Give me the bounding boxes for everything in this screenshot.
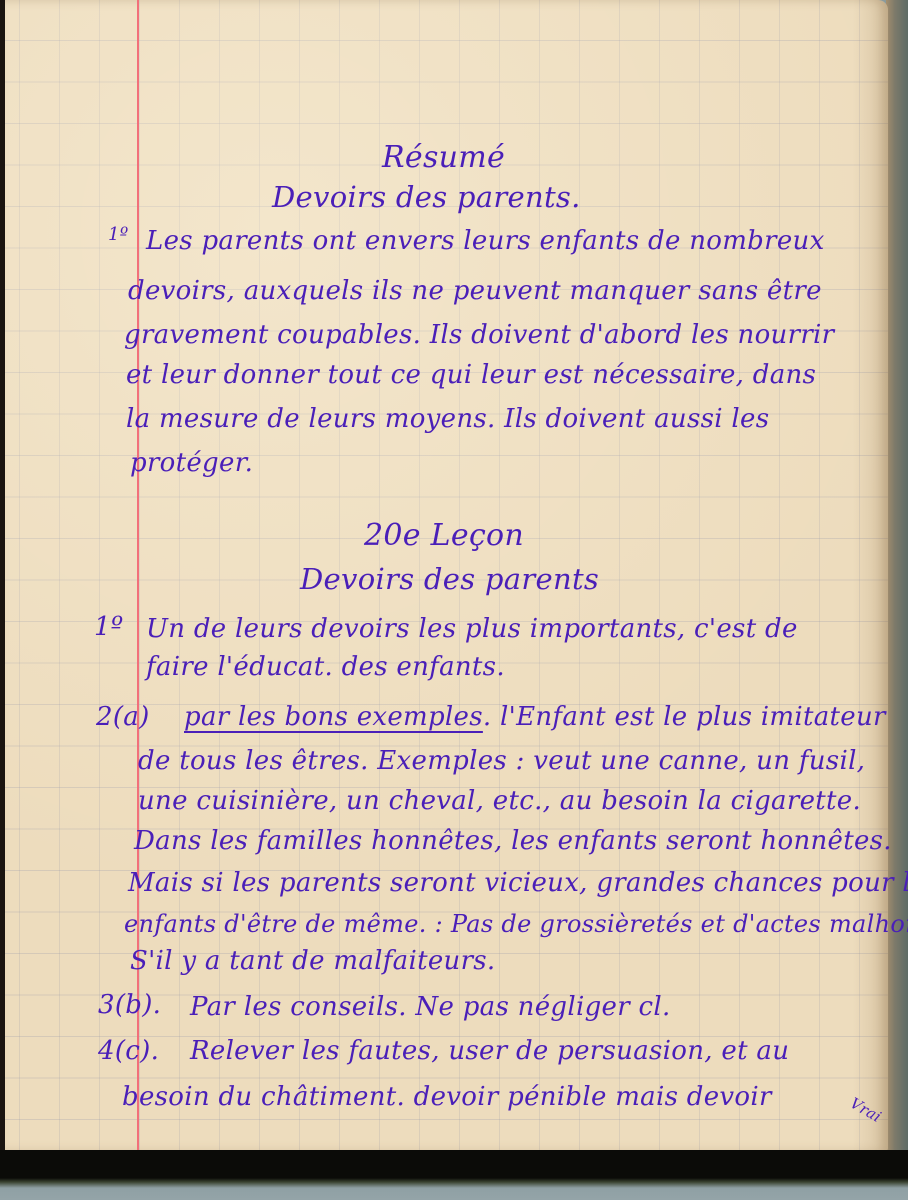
margin-line xyxy=(137,0,139,1152)
lesson-underlined-lead: par les bons exemples xyxy=(184,702,483,732)
summary-line: gravement coupables. Ils doivent d'abord… xyxy=(124,320,834,350)
notebook-page: Résumé Devoirs des parents. 1º Les paren… xyxy=(4,0,888,1152)
lesson-item-number: 4(c). xyxy=(98,1036,159,1066)
lesson-item-number: 2(a) xyxy=(96,702,150,732)
notebook-edge xyxy=(886,0,908,1160)
lesson-line: besoin du châtiment. devoir pénible mais… xyxy=(122,1082,772,1112)
lesson-line-lead: par les bons exemples. l'Enfant est le p… xyxy=(184,702,886,732)
summary-item-number: 1º xyxy=(108,224,129,245)
lesson-line: Dans les familles honnêtes, les enfants … xyxy=(134,826,892,856)
lesson-line: S'il y a tant de malfaiteurs. xyxy=(130,946,496,976)
summary-heading: Devoirs des parents. xyxy=(272,180,581,214)
lesson-line: une cuisinière, un cheval, etc., au beso… xyxy=(138,786,861,816)
lesson-item-number: 1º xyxy=(94,612,123,642)
margin-note: Vrai xyxy=(847,1094,885,1126)
lesson-line: Relever les fautes, user de persuasion, … xyxy=(190,1036,789,1066)
summary-line: Les parents ont envers leurs enfants de … xyxy=(146,226,825,256)
summary-line: protéger. xyxy=(130,448,253,478)
lesson-line: . l'Enfant est le plus imitateur xyxy=(483,702,886,732)
lesson-line: de tous les êtres. Exemples : veut une c… xyxy=(138,746,865,776)
scan-background xyxy=(0,1150,908,1200)
lesson-line: Mais si les parents seront vicieux, gran… xyxy=(128,868,908,898)
lesson-heading: Devoirs des parents xyxy=(300,562,599,596)
lesson-line: faire l'éducat. des enfants. xyxy=(146,652,505,682)
summary-line: devoirs, auxquels ils ne peuvent manquer… xyxy=(128,276,822,306)
lesson-line: Par les conseils. Ne pas négliger cl. xyxy=(190,992,671,1022)
lesson-title: 20e Leçon xyxy=(364,518,524,553)
lesson-item-number: 3(b). xyxy=(98,990,161,1020)
summary-line: et leur donner tout ce qui leur est néce… xyxy=(126,360,816,390)
lesson-line: enfants d'être de même. : Pas de grossiè… xyxy=(124,910,908,938)
page-left-shadow xyxy=(0,0,5,1152)
summary-line: la mesure de leurs moyens. Ils doivent a… xyxy=(126,404,769,434)
lesson-line: Un de leurs devoirs les plus importants,… xyxy=(146,614,798,644)
summary-title: Résumé xyxy=(382,140,505,175)
